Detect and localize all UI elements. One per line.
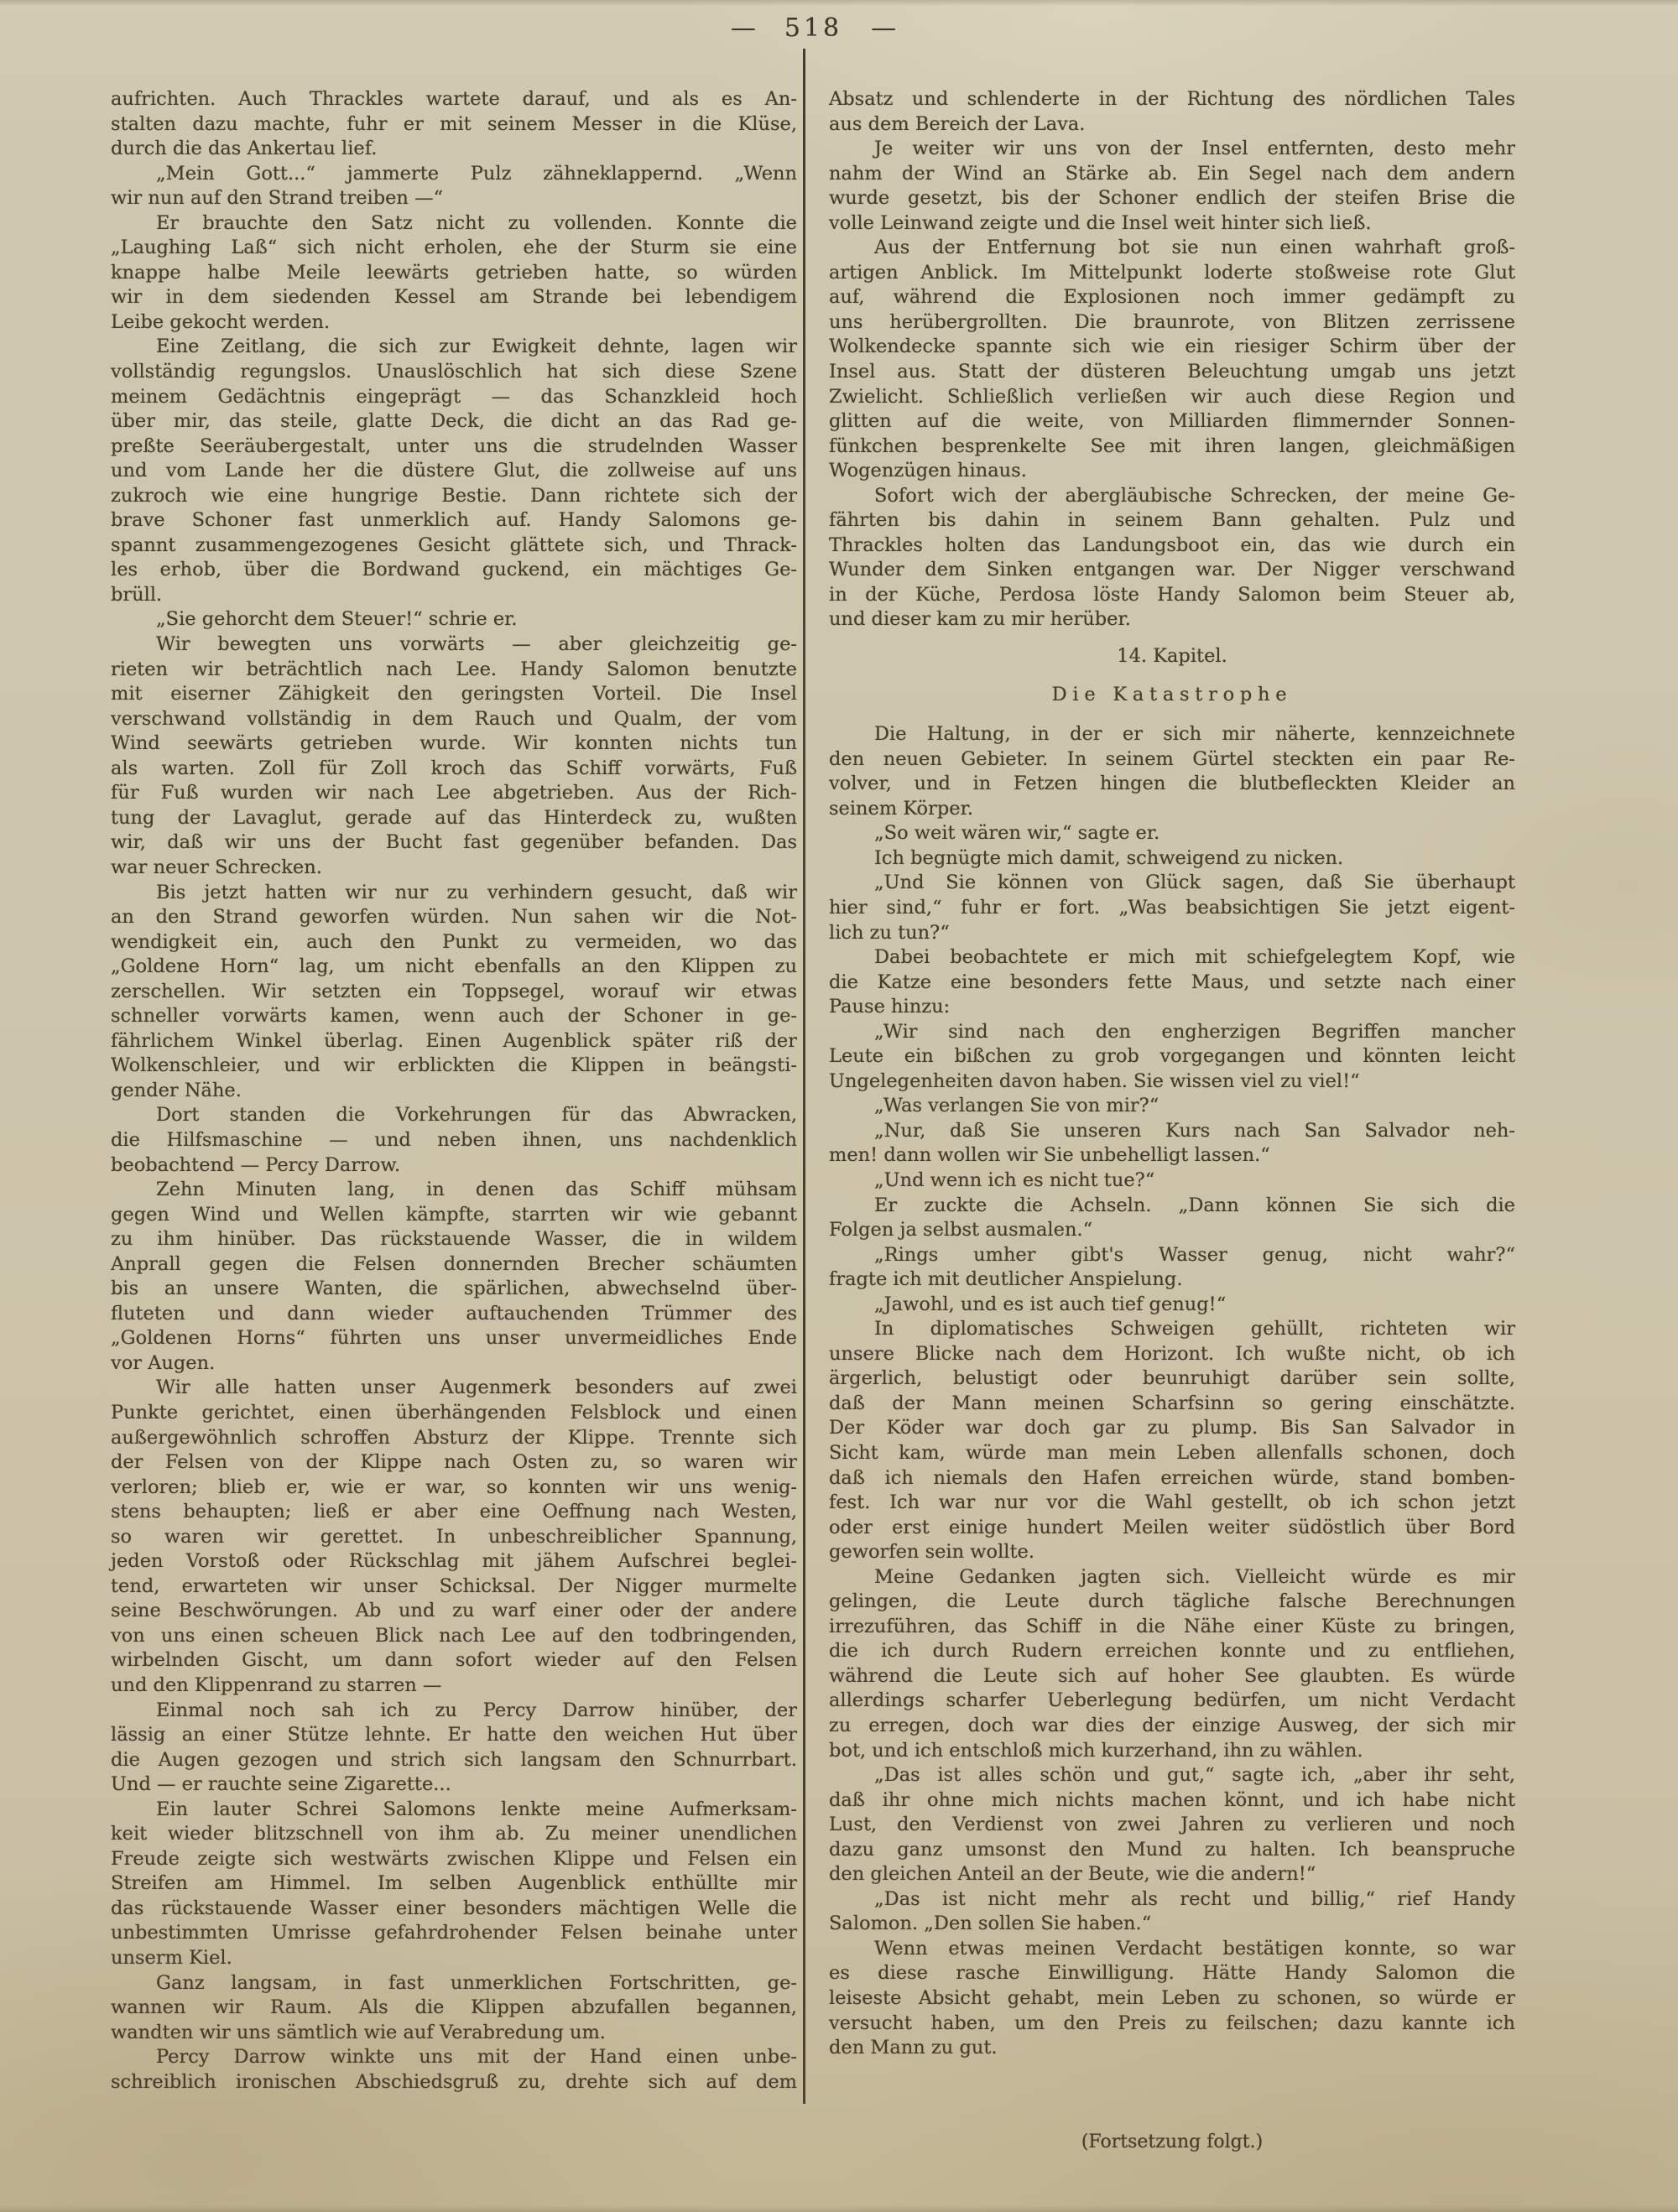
text-line: daß ihr ohne mich nichts machen könnt, u… bbox=[829, 1788, 1515, 1814]
text-line: Sicht kam, würde man mein Leben allenfal… bbox=[829, 1441, 1515, 1466]
page-scan: —518— aufrichten. Auch Thrackles wartete… bbox=[0, 0, 1678, 2212]
text-line: außergewöhnlich schroffen Absturz der Kl… bbox=[111, 1426, 797, 1451]
text-line: fluteten und dann wieder auftauchenden T… bbox=[111, 1302, 797, 1327]
text-line: Die Katastrophe bbox=[829, 683, 1515, 708]
text-line: 14. Kapitel. bbox=[829, 644, 1515, 669]
text-line: „Was verlangen Sie von mir?“ bbox=[829, 1094, 1515, 1119]
paragraph: „Rings umher gibt's Wasser genug, nicht … bbox=[829, 1243, 1515, 1293]
text-line: irrezuführen, das Schiff in die Nähe ein… bbox=[829, 1615, 1515, 1640]
text-line: und den Klippenrand zu starren — bbox=[111, 1673, 797, 1699]
paragraph: Die Haltung, in der er sich mir näherte,… bbox=[829, 722, 1515, 821]
text-line: tend, erwarteten wir unser Schicksal. De… bbox=[111, 1574, 797, 1600]
paragraph: Je weiter wir uns von der Insel entfernt… bbox=[829, 137, 1515, 236]
text-line: Eine Zeitlang, die sich zur Ewigkeit deh… bbox=[111, 335, 797, 360]
text-line: wir nun auf den Strand treiben —“ bbox=[111, 186, 797, 211]
text-line: stens behaupten; ließ er aber eine Oeffn… bbox=[111, 1500, 797, 1525]
text-line: Bis jetzt hatten wir nur zu verhindern g… bbox=[111, 881, 797, 906]
paragraph: Dort standen die Vorkehrungen für das Ab… bbox=[111, 1103, 797, 1178]
text-line: versucht haben, um den Preis zu feilsche… bbox=[829, 2012, 1515, 2037]
text-line: Wir bewegten uns vorwärts — aber gleichz… bbox=[111, 632, 797, 658]
text-line: aufrichten. Auch Thrackles wartete darau… bbox=[111, 87, 797, 112]
text-line: volle Leinwand zeigte und die Insel weit… bbox=[829, 211, 1515, 237]
text-line: über mir, das steile, glatte Deck, die d… bbox=[111, 409, 797, 435]
paragraph: Absatz und schlenderte in der Richtung d… bbox=[829, 87, 1515, 137]
text-line: „Das ist nicht mehr als recht und billig… bbox=[829, 1887, 1515, 1913]
paragraph: aufrichten. Auch Thrackles wartete darau… bbox=[111, 87, 797, 162]
text-line: seinem Körper. bbox=[829, 797, 1515, 822]
text-line: oder erst einige hundert Meilen weiter s… bbox=[829, 1516, 1515, 1541]
text-line: den Mann zu gut. bbox=[829, 2036, 1515, 2061]
text-line: die Hilfsmaschine — und neben ihnen, uns… bbox=[111, 1128, 797, 1153]
text-line: Meine Gedanken jagten sich. Vielleicht w… bbox=[829, 1565, 1515, 1590]
text-line: Punkte gerichtet, einen überhängenden Fe… bbox=[111, 1401, 797, 1426]
paragraph: Wir bewegten uns vorwärts — aber gleichz… bbox=[111, 632, 797, 880]
text-line: fährlichem Winkel überlag. Einen Augenbl… bbox=[111, 1029, 797, 1054]
text-line: brave Schoner fast unmerklich auf. Handy… bbox=[111, 508, 797, 533]
text-line: Percy Darrow winkte uns mit der Hand ein… bbox=[111, 2045, 797, 2070]
text-line: unbestimmten Umrisse gefahrdrohender Fel… bbox=[111, 1921, 797, 1946]
text-line: fährten bis dahin in seinem Bann gehalte… bbox=[829, 508, 1515, 533]
text-line: daß ich niemals den Hafen erreichen würd… bbox=[829, 1466, 1515, 1491]
text-line: Anprall gegen die Felsen donnernden Brec… bbox=[111, 1252, 797, 1278]
text-line: vor Augen. bbox=[111, 1351, 797, 1377]
text-line: „Laughing Laß“ sich nicht erholen, ehe d… bbox=[111, 236, 797, 261]
text-line: zu erregen, doch war dies der einzige Au… bbox=[829, 1714, 1515, 1739]
paragraph: Er zuckte die Achseln. „Dann können Sie … bbox=[829, 1194, 1515, 1243]
text-line: der Felsen von der Klippe nach Osten zu,… bbox=[111, 1450, 797, 1476]
text-line: Und — er rauchte seine Zigarette... bbox=[111, 1772, 797, 1798]
text-line: lich zu tun?“ bbox=[829, 921, 1515, 946]
text-line: den neuen Gebieter. In seinem Gürtel ste… bbox=[829, 747, 1515, 773]
text-line: „Nur, daß Sie unseren Kurs nach San Salv… bbox=[829, 1119, 1515, 1144]
text-line: nahm der Wind an Stärke ab. Ein Segel na… bbox=[829, 162, 1515, 187]
page-header: —518— bbox=[111, 13, 1516, 43]
text-line: fragte ich mit deutlicher Anspielung. bbox=[829, 1267, 1515, 1293]
paragraph: Einmal noch sah ich zu Percy Darrow hinü… bbox=[111, 1699, 797, 1798]
text-line: lässig an einer Stütze lehnte. Er hatte … bbox=[111, 1723, 797, 1748]
text-line: und vom Lande her die düstere Glut, die … bbox=[111, 459, 797, 484]
paragraph: „Jawohl, und es ist auch tief genug!“ bbox=[829, 1293, 1515, 1318]
left-column: aufrichten. Auch Thrackles wartete darau… bbox=[111, 87, 797, 2095]
text-line: dazu ganz umsonst den Mund zu halten. Ic… bbox=[829, 1838, 1515, 1863]
text-line: Die Haltung, in der er sich mir näherte,… bbox=[829, 722, 1515, 747]
paragraph: „Das ist nicht mehr als recht und billig… bbox=[829, 1887, 1515, 1937]
paragraph: „Und wenn ich es nicht tue?“ bbox=[829, 1168, 1515, 1194]
text-line: Lust, den Verdienst von zwei Jahren zu v… bbox=[829, 1813, 1515, 1838]
chapter-number-heading: 14. Kapitel. bbox=[829, 644, 1515, 669]
text-line: unsere Blicke nach dem Horizont. Ich wuß… bbox=[829, 1342, 1515, 1367]
text-line: Er zuckte die Achseln. „Dann können Sie … bbox=[829, 1194, 1515, 1219]
text-line: glitten auf die weite, von Milliarden fl… bbox=[829, 409, 1515, 435]
text-line: Wind seewärts getrieben wurde. Wir konnt… bbox=[111, 731, 797, 757]
text-line: rieten wir beträchtlich nach Lee. Handy … bbox=[111, 658, 797, 683]
paragraph: Percy Darrow winkte uns mit der Hand ein… bbox=[111, 2045, 797, 2095]
text-line: das rückstauende Wasser einer besonders … bbox=[111, 1897, 797, 1922]
text-line: preßte Seeräubergestalt, unter uns die s… bbox=[111, 435, 797, 460]
text-line: die Augen gezogen und strich sich langsa… bbox=[111, 1748, 797, 1773]
text-line: verschwand vollständig in dem Rauch und … bbox=[111, 707, 797, 732]
text-line: (Fortsetzung folgt.) bbox=[829, 2130, 1515, 2155]
text-line: Er brauchte den Satz nicht zu vollenden.… bbox=[111, 211, 797, 237]
text-line: unserm Kiel. bbox=[111, 1946, 797, 1971]
paragraph: Er brauchte den Satz nicht zu vollenden.… bbox=[111, 211, 797, 336]
text-line: Wunder dem Sinken entgangen war. Der Nig… bbox=[829, 558, 1515, 583]
text-line: Einmal noch sah ich zu Percy Darrow hinü… bbox=[111, 1699, 797, 1724]
right-column: Absatz und schlenderte in der Richtung d… bbox=[829, 87, 1515, 2154]
paragraph: „Wir sind nach den engherzigen Begriffen… bbox=[829, 1020, 1515, 1095]
text-line: auf, während die Explosionen noch immer … bbox=[829, 285, 1515, 310]
paragraph: Sofort wich der abergläubische Schrecken… bbox=[829, 484, 1515, 632]
text-line: als warten. Zoll für Zoll kroch das Schi… bbox=[111, 757, 797, 782]
paragraph: Aus der Entfernung bot sie nun einen wah… bbox=[829, 236, 1515, 483]
text-line: Zehn Minuten lang, in denen das Schiff m… bbox=[111, 1178, 797, 1203]
text-line: Salomon. „Den sollen Sie haben.“ bbox=[829, 1912, 1515, 1937]
text-line: zerschellen. Wir setzten ein Toppsegel, … bbox=[111, 980, 797, 1005]
text-line: wannen wir Raum. Als die Klippen abzufal… bbox=[111, 1996, 797, 2021]
text-line: „Jawohl, und es ist auch tief genug!“ bbox=[829, 1293, 1515, 1318]
text-line: Sofort wich der abergläubische Schrecken… bbox=[829, 484, 1515, 509]
text-line: Zwielicht. Schließlich verließen wir auc… bbox=[829, 385, 1515, 410]
text-line: Ein lauter Schrei Salomons lenkte meine … bbox=[111, 1798, 797, 1823]
paragraph: „Das ist alles schön und gut,“ sagte ich… bbox=[829, 1763, 1515, 1887]
text-line: les erhob, über die Bordwand guckend, ei… bbox=[111, 558, 797, 583]
text-line: Pause hinzu: bbox=[829, 995, 1515, 1020]
text-line: geworfen sein wollte. bbox=[829, 1540, 1515, 1565]
text-line: Aus der Entfernung bot sie nun einen wah… bbox=[829, 236, 1515, 261]
text-line: „Rings umher gibt's Wasser genug, nicht … bbox=[829, 1243, 1515, 1268]
paragraph: „Sie gehorcht dem Steuer!“ schrie er. bbox=[111, 607, 797, 632]
text-line: wendigkeit ein, auch den Punkt zu vermei… bbox=[111, 930, 797, 955]
text-line: Folgen ja selbst ausmalen.“ bbox=[829, 1218, 1515, 1243]
text-line: In diplomatisches Schweigen gehüllt, ric… bbox=[829, 1317, 1515, 1342]
text-line: die ich durch Rudern erreichen konnte un… bbox=[829, 1639, 1515, 1664]
text-line: bis an unsere Wanten, die spärlichen, ab… bbox=[111, 1277, 797, 1302]
paragraph: Wir alle hatten unser Augenmerk besonder… bbox=[111, 1376, 797, 1698]
text-line: Dabei beobachtete er mich mit schiefgele… bbox=[829, 945, 1515, 971]
text-line: zu ihm hinüber. Das rückstauende Wasser,… bbox=[111, 1227, 797, 1252]
text-line: schreiblich ironischen Abschiedsgruß zu,… bbox=[111, 2070, 797, 2095]
text-line: uns herübergrollten. Die braunrote, von … bbox=[829, 310, 1515, 336]
paragraph: Ich begnügte mich damit, schweigend zu n… bbox=[829, 846, 1515, 872]
page-number: 518 bbox=[784, 13, 842, 43]
text-line: vollständig regungslos. Unauslöschlich h… bbox=[111, 360, 797, 385]
text-line: Dort standen die Vorkehrungen für das Ab… bbox=[111, 1103, 797, 1128]
chapter-title-heading: Die Katastrophe bbox=[829, 683, 1515, 708]
text-line: brüll. bbox=[111, 583, 797, 608]
text-line: gegen Wind und Wellen kämpfte, starrten … bbox=[111, 1203, 797, 1228]
text-line: an den Strand geworfen würden. Nun sahen… bbox=[111, 905, 797, 930]
text-line: fünkchen besprenkelte See mit ihren lang… bbox=[829, 435, 1515, 460]
text-line: Absatz und schlenderte in der Richtung d… bbox=[829, 87, 1515, 112]
text-line: wandten wir uns sämtlich wie auf Verabre… bbox=[111, 2021, 797, 2046]
header-dash-left: — bbox=[731, 13, 756, 43]
text-line: „Sie gehorcht dem Steuer!“ schrie er. bbox=[111, 607, 797, 632]
paragraph: Zehn Minuten lang, in denen das Schiff m… bbox=[111, 1178, 797, 1376]
text-line: Je weiter wir uns von der Insel entfernt… bbox=[829, 137, 1515, 162]
text-line: beobachtend — Percy Darrow. bbox=[111, 1153, 797, 1179]
text-line: wurde gesetzt, bis der Schoner endlich d… bbox=[829, 186, 1515, 211]
text-line: Thrackles holten das Landungsboot ein, d… bbox=[829, 533, 1515, 559]
text-line: meinem Gedächtnis eingeprägt — das Schan… bbox=[111, 385, 797, 410]
text-line: jeden Vorstoß oder Rückschlag mit jähem … bbox=[111, 1549, 797, 1574]
text-line: den gleichen Anteil an der Beute, wie di… bbox=[829, 1862, 1515, 1887]
text-line: gender Nähe. bbox=[111, 1079, 797, 1104]
text-line: wirbelnden Gischt, um dann sofort wieder… bbox=[111, 1648, 797, 1673]
text-line: keit wieder blitzschnell von ihm ab. Zu … bbox=[111, 1822, 797, 1847]
text-line: allerdings scharfer Ueberlegung bedürfen… bbox=[829, 1689, 1515, 1714]
text-line: Der Köder war doch gar zu plump. Bis San… bbox=[829, 1416, 1515, 1441]
text-line: es diese rasche Einwilligung. Hätte Hand… bbox=[829, 1961, 1515, 1986]
paragraph: In diplomatisches Schweigen gehüllt, ric… bbox=[829, 1317, 1515, 1564]
text-line: durch die das Ankertau lief. bbox=[111, 137, 797, 162]
text-line: mit eiserner Zähigkeit den geringsten Vo… bbox=[111, 682, 797, 707]
text-line: und dieser kam zu mir herüber. bbox=[829, 607, 1515, 632]
column-divider-rule bbox=[803, 49, 805, 2104]
text-line: leiseste Absicht gehabt, mein Leben zu s… bbox=[829, 1986, 1515, 2012]
header-dash-right: — bbox=[871, 13, 896, 43]
text-line: artigen Anblick. Im Mittelpunkt loderte … bbox=[829, 261, 1515, 286]
paragraph: „So weit wären wir,“ sagte er. bbox=[829, 821, 1515, 846]
text-line: volver, und in Fetzen hingen die blutbef… bbox=[829, 772, 1515, 797]
text-line: fest. Ich war nur vor die Wahl gestellt,… bbox=[829, 1491, 1515, 1516]
continuation-note: (Fortsetzung folgt.) bbox=[829, 2130, 1515, 2155]
text-line: Wenn etwas meinen Verdacht bestätigen ko… bbox=[829, 1937, 1515, 1962]
text-line: hier sind,“ fuhr er fort. „Was beabsicht… bbox=[829, 896, 1515, 921]
text-line: wir, daß wir uns der Bucht fast gegenübe… bbox=[111, 830, 797, 856]
text-line: tung der Lavaglut, gerade auf das Hinter… bbox=[111, 806, 797, 831]
text-line: „Wir sind nach den engherzigen Begriffen… bbox=[829, 1020, 1515, 1045]
text-line: „Goldene Horn“ lag, um nicht ebenfalls a… bbox=[111, 955, 797, 980]
text-line: Insel aus. Statt der düsteren Beleuchtun… bbox=[829, 360, 1515, 385]
text-line: seine Beschwörungen. Ab und zu warf eine… bbox=[111, 1599, 797, 1624]
text-line: wir in dem siedenden Kessel am Strande b… bbox=[111, 285, 797, 310]
text-line: von uns einen scheuen Blick nach Lee auf… bbox=[111, 1624, 797, 1649]
text-line: knappe halbe Meile leewärts getrieben ha… bbox=[111, 261, 797, 286]
paragraph: „Mein Gott...“ jammerte Pulz zähneklappe… bbox=[111, 162, 797, 211]
text-line: die Katze eine besonders fette Maus, und… bbox=[829, 971, 1515, 996]
text-line: Ich begnügte mich damit, schweigend zu n… bbox=[829, 846, 1515, 872]
text-line: so waren wir gerettet. In unbeschreiblic… bbox=[111, 1525, 797, 1550]
text-line: gelingen, die Leute durch tägliche falsc… bbox=[829, 1590, 1515, 1615]
text-line: Wolkenschleier, und wir erblickten die K… bbox=[111, 1054, 797, 1079]
text-line: „Das ist alles schön und gut,“ sagte ich… bbox=[829, 1763, 1515, 1788]
text-line: „Mein Gott...“ jammerte Pulz zähneklappe… bbox=[111, 162, 797, 187]
text-line: Wolkendecke spannte sich wie ein riesige… bbox=[829, 335, 1515, 360]
text-line: spannt zusammengezogenes Gesicht glättet… bbox=[111, 533, 797, 559]
text-line: für Fuß wurden wir nach Lee abgetrieben.… bbox=[111, 781, 797, 806]
text-line: Streifen am Himmel. Im selben Augenblick… bbox=[111, 1871, 797, 1897]
paragraph: „Und Sie können von Glück sagen, daß Sie… bbox=[829, 871, 1515, 945]
text-line: Freude zeigte sich westwärts zwischen Kl… bbox=[111, 1847, 797, 1872]
text-line: daß der Mann meinen Scharfsinn so gering… bbox=[829, 1392, 1515, 1417]
text-line: Ganz langsam, in fast unmerklichen Forts… bbox=[111, 1971, 797, 1996]
text-line: „Goldenen Horns“ führten uns unser unver… bbox=[111, 1326, 797, 1351]
paragraph: Dabei beobachtete er mich mit schiefgele… bbox=[829, 945, 1515, 1020]
text-line: men! dann wollen wir Sie unbehelligt las… bbox=[829, 1143, 1515, 1168]
text-line: Leute ein bißchen zu grob vorgegangen un… bbox=[829, 1044, 1515, 1070]
paragraph: „Nur, daß Sie unseren Kurs nach San Salv… bbox=[829, 1119, 1515, 1168]
text-line: während die Leute sich auf hoher See gla… bbox=[829, 1664, 1515, 1689]
text-line: Leibe gekocht werden. bbox=[111, 310, 797, 336]
text-line: stalten dazu machte, fuhr er mit seinem … bbox=[111, 112, 797, 138]
paragraph: Ein lauter Schrei Salomons lenkte meine … bbox=[111, 1798, 797, 1971]
paragraph: Meine Gedanken jagten sich. Vielleicht w… bbox=[829, 1565, 1515, 1763]
text-line: in der Küche, Perdosa löste Handy Salomo… bbox=[829, 583, 1515, 608]
text-line: Wogenzügen hinaus. bbox=[829, 459, 1515, 484]
text-line: schneller vorwärts kamen, wenn auch der … bbox=[111, 1004, 797, 1029]
paragraph: Eine Zeitlang, die sich zur Ewigkeit deh… bbox=[111, 335, 797, 607]
text-line: „Und wenn ich es nicht tue?“ bbox=[829, 1168, 1515, 1194]
text-line: war neuer Schrecken. bbox=[111, 856, 797, 881]
paragraph: „Was verlangen Sie von mir?“ bbox=[829, 1094, 1515, 1119]
paragraph: Wenn etwas meinen Verdacht bestätigen ko… bbox=[829, 1937, 1515, 2061]
text-line: ärgerlich, belustigt oder beunruhigt dar… bbox=[829, 1366, 1515, 1392]
text-line: Ungelegenheiten davon haben. Sie wissen … bbox=[829, 1070, 1515, 1095]
text-line: aus dem Bereich der Lava. bbox=[829, 112, 1515, 138]
text-line: zukroch wie eine hungrige Bestie. Dann r… bbox=[111, 484, 797, 509]
text-line: „So weit wären wir,“ sagte er. bbox=[829, 821, 1515, 846]
text-line: bot, und ich entschloß mich kurzerhand, … bbox=[829, 1739, 1515, 1764]
paragraph: Bis jetzt hatten wir nur zu verhindern g… bbox=[111, 881, 797, 1104]
text-line: verloren; blieb er, wie er war, so konnt… bbox=[111, 1476, 797, 1501]
text-line: „Und Sie können von Glück sagen, daß Sie… bbox=[829, 871, 1515, 896]
paragraph: Ganz langsam, in fast unmerklichen Forts… bbox=[111, 1971, 797, 2046]
text-line: Wir alle hatten unser Augenmerk besonder… bbox=[111, 1376, 797, 1401]
